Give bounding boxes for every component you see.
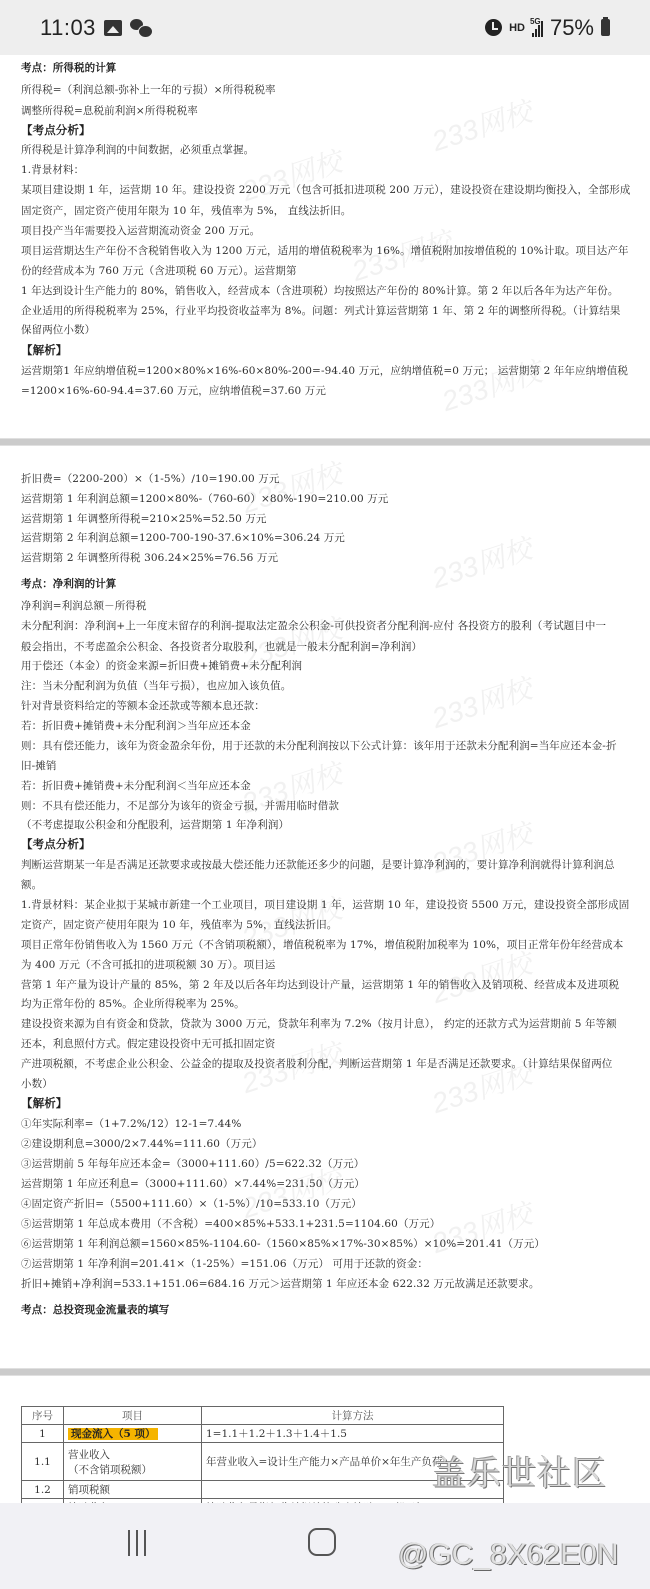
cell-no: 1.1 [22,1443,64,1481]
cell-item: 销项税额 [64,1481,202,1499]
5g-signal-icon: 5G [532,19,543,37]
alarm-icon [485,19,502,36]
text-line: 小数） [21,1077,53,1091]
text-line: 运营期第 1 年调整所得税=210×25%=52.50 万元 [21,512,267,526]
text-line: 某项目建设期 1 年，运营期 10 年。建设投资 2200 万元（包含可抵扣进项… [21,183,630,197]
text-line: 1.背景材料：某企业拟于某城市新建一个工业项目，项目建设期 1 年，运营期 10… [21,898,629,912]
recent-apps-button[interactable] [128,1530,146,1556]
text-line: 折旧费=（2200-200）×（1-5%）/10=190.00 万元 [21,472,279,486]
network-type-label: 5G [530,17,541,26]
cell-no: 1.2 [22,1481,64,1499]
section-heading: 考点：净利润的计算 [21,577,116,591]
text-line: 项目正常年份销售收入为 1560 万元（不含销项税额），增值税税率为 17%，增… [21,938,623,952]
text-line: 项目投产当年需要投入运营期流动资金 200 万元。 [21,224,260,238]
text-line: 若：折旧费+摊销费+未分配利润＜当年应还本金 [21,779,251,793]
text-line: 运营期第 2 年利润总额=1200-700-190-37.6×10%=306.2… [21,531,345,545]
text-line: 若：折旧费+摊销费+未分配利润＞当年应还本金 [21,719,251,733]
text-line: 所得税是计算净利润的中间数据，必须重点掌握。 [21,143,254,157]
cell-item-line: 营业收入 [68,1447,197,1462]
text-line: 1 年达到设计生产能力的 80%，销售收入，经营成本（含进项税）均按照达产年份的… [21,284,618,298]
text-line: 运营期第 2 年调整所得税 306.24×25%=76.56 万元 [21,551,278,565]
text-line: ⑤运营期第 1 年总成本费用（不含税）=400×85%+533.1+231.5=… [21,1217,440,1231]
text-line: ②建设期利息=3000/2×7.44%=111.60（万元） [21,1137,262,1151]
text-line: 旧-摊销 [21,759,56,773]
cell-method: 1=1.1＋1.2＋1.3＋1.4＋1.5 [202,1425,504,1443]
text-line: 针对背景资料给定的等额本金还款或等额本息还款： [21,699,265,713]
text-line: 未分配利润：净利润+上一年度末留存的利润-提取法定盈余公积金-可供投资者分配利润… [21,619,606,633]
text-line: ⑥运营期第 1 年利润总额=1560×85%-1104.60-（1560×85%… [21,1237,545,1251]
status-bar: 11:03 HD 5G 75% [0,0,650,55]
col-header-method: 计算方法 [202,1407,504,1425]
text-line: 还本，利息照付方式。假定建设投资中无可抵扣固定资 [21,1037,275,1051]
text-line: 营第 1 年产量为设计产量的 85%，第 2 年及以后各年均达到设计产量，运营期… [21,978,619,992]
page-separator [0,1368,650,1376]
section-heading: 考点：所得税的计算 [21,61,116,75]
text-line: 用于偿还（本金）的资金来源=折旧费+摊销费+未分配利润 [21,659,302,673]
community-watermark: 盖乐世社区 [432,1446,607,1495]
text-line: 企业适用的所得税税率为 25%，行业平均投资收益率为 8%。问题：列式计算运营期… [21,304,620,318]
text-line: 般会指出，不考虑盈余公积金、各投资者分取股利，也就是一般未分配利润=净利润） [21,640,422,654]
text-line: 为 400 万元（不含可抵扣的进项税额 30 万）。项目运 [21,958,275,972]
watermark-233: 233网校 [426,90,536,160]
watermark-233: 233网校 [426,667,536,737]
text-line: =1200×16%-60-94.4=37.60 万元，应纳增值税=37.60 万… [21,384,326,398]
section-label: 【考点分析】 [21,123,91,137]
wechat-icon [130,19,152,37]
text-line: 份的经营成本为 760 万元（含进项税 60 万元）。运营期第 [21,264,297,278]
text-line: 则：不具有偿还能力，不足部分为该年的资金亏损，并需用临时借款 [21,799,339,813]
text-line: 折旧+摊销+净利润=533.1+151.06=684.16 万元＞运营期第 1 … [21,1277,539,1291]
col-header-item: 项目 [64,1407,202,1425]
page-separator [0,438,650,446]
col-header-no: 序号 [22,1407,64,1425]
text-line: 保留两位小数） [21,323,95,337]
table-row: 1 现金流入（5 项） 1=1.1＋1.2＋1.3＋1.4＋1.5 [22,1425,504,1443]
text-line: 固定资产，固定资产使用年限为 10 年，残值率为 5%， 直线法折旧。 [21,204,351,218]
watermark-233: 233网校 [436,350,546,420]
text-line: 判断运营期某一年是否满足还款要求或按最大偿还能力还款能还多少的问题，是要计算净利… [21,858,615,872]
text-line: 运营期第1 年应纳增值税=1200×80%×16%-60×80%-200=-94… [21,364,628,378]
text-line: 1.背景材料： [21,163,84,177]
cell-no: 1 [22,1425,64,1443]
text-line: 建设投资来源为自有资金和贷款，贷款为 3000 万元，贷款年利率为 7.2%（按… [21,1017,617,1031]
section-label: 【解析】 [21,343,67,357]
text-line: 额。 [21,878,42,892]
table-header-row: 序号 项目 计算方法 [22,1407,504,1425]
highlighted-item: 现金流入（5 项） [68,1428,158,1440]
section-label: 【考点分析】 [21,837,91,851]
gallery-icon [104,20,122,36]
text-line: 定资产，固定资产使用年限为 10 年，残值率为 5%，直线法折旧。 [21,918,337,932]
cell-item: 营业收入 （不含销项税额） [64,1443,202,1481]
text-line: 净利润=利润总额－所得税 [21,599,147,613]
text-line: 项目运营期达生产年份不含税销售收入为 1200 万元，适用的增值税税率为 16%… [21,244,629,258]
cell-item: 现金流入（5 项） [64,1425,202,1443]
text-line: ③运营期前 5 年每年应还本金=（3000+111.60）/5=622.32（万… [21,1157,364,1171]
battery-percent: 75% [550,15,594,41]
section-heading: 考点：总投资现金流量表的填写 [21,1303,169,1317]
text-line: ①年实际利率=（1+7.2%/12）12-1=7.44% [21,1117,241,1131]
user-watermark: @GC_8X62E0N [398,1538,619,1572]
text-line: 调整所得税=息税前利润×所得税税率 [21,104,198,118]
watermark-233: 233网校 [426,942,536,1012]
text-line: ④固定资产折旧=（5500+111.60）×（1-5%）/10=533.10（万… [21,1197,362,1211]
battery-icon [601,19,610,36]
watermark-233: 233网校 [426,527,536,597]
section-label: 【解析】 [21,1096,67,1110]
text-line: 产进项税额，不考虑企业公积金、公益金的提取及投资者股利分配，判断运营期第 1 年… [21,1057,612,1071]
text-line: （不考虑提取公积金和分配股利，运营期第 1 年净利润） [21,818,289,832]
cell-item-line: （不含销项税额） [68,1462,197,1477]
hd-icon: HD [509,22,525,34]
text-line: ⑦运营期第 1 年净利润=201.41×（1-25%）=151.06（万元） 可… [21,1257,428,1271]
home-button[interactable] [308,1528,336,1556]
watermark-233: 233网校 [426,1192,536,1262]
text-line: 运营期第 1 年利润总额=1200×80%-（760-60）×80%-190=2… [21,492,388,506]
text-line: 运营期第 1 年应还利息=（3000+111.60）×7.44%=231.50（… [21,1177,365,1191]
text-line: 则：具有偿还能力，该年为资金盈余年份，用于还款的未分配利润按以下公式计算：该年用… [21,739,617,753]
text-line: 注：当未分配利润为负值（当年亏损），也应加入该负值。 [21,679,291,693]
status-time: 11:03 [40,15,96,41]
text-line: 所得税=（利润总额-弥补上一年的亏损）×所得税税率 [21,83,276,97]
text-line: 均为正常年份的 85%。企业所得税率为 25%。 [21,997,245,1011]
